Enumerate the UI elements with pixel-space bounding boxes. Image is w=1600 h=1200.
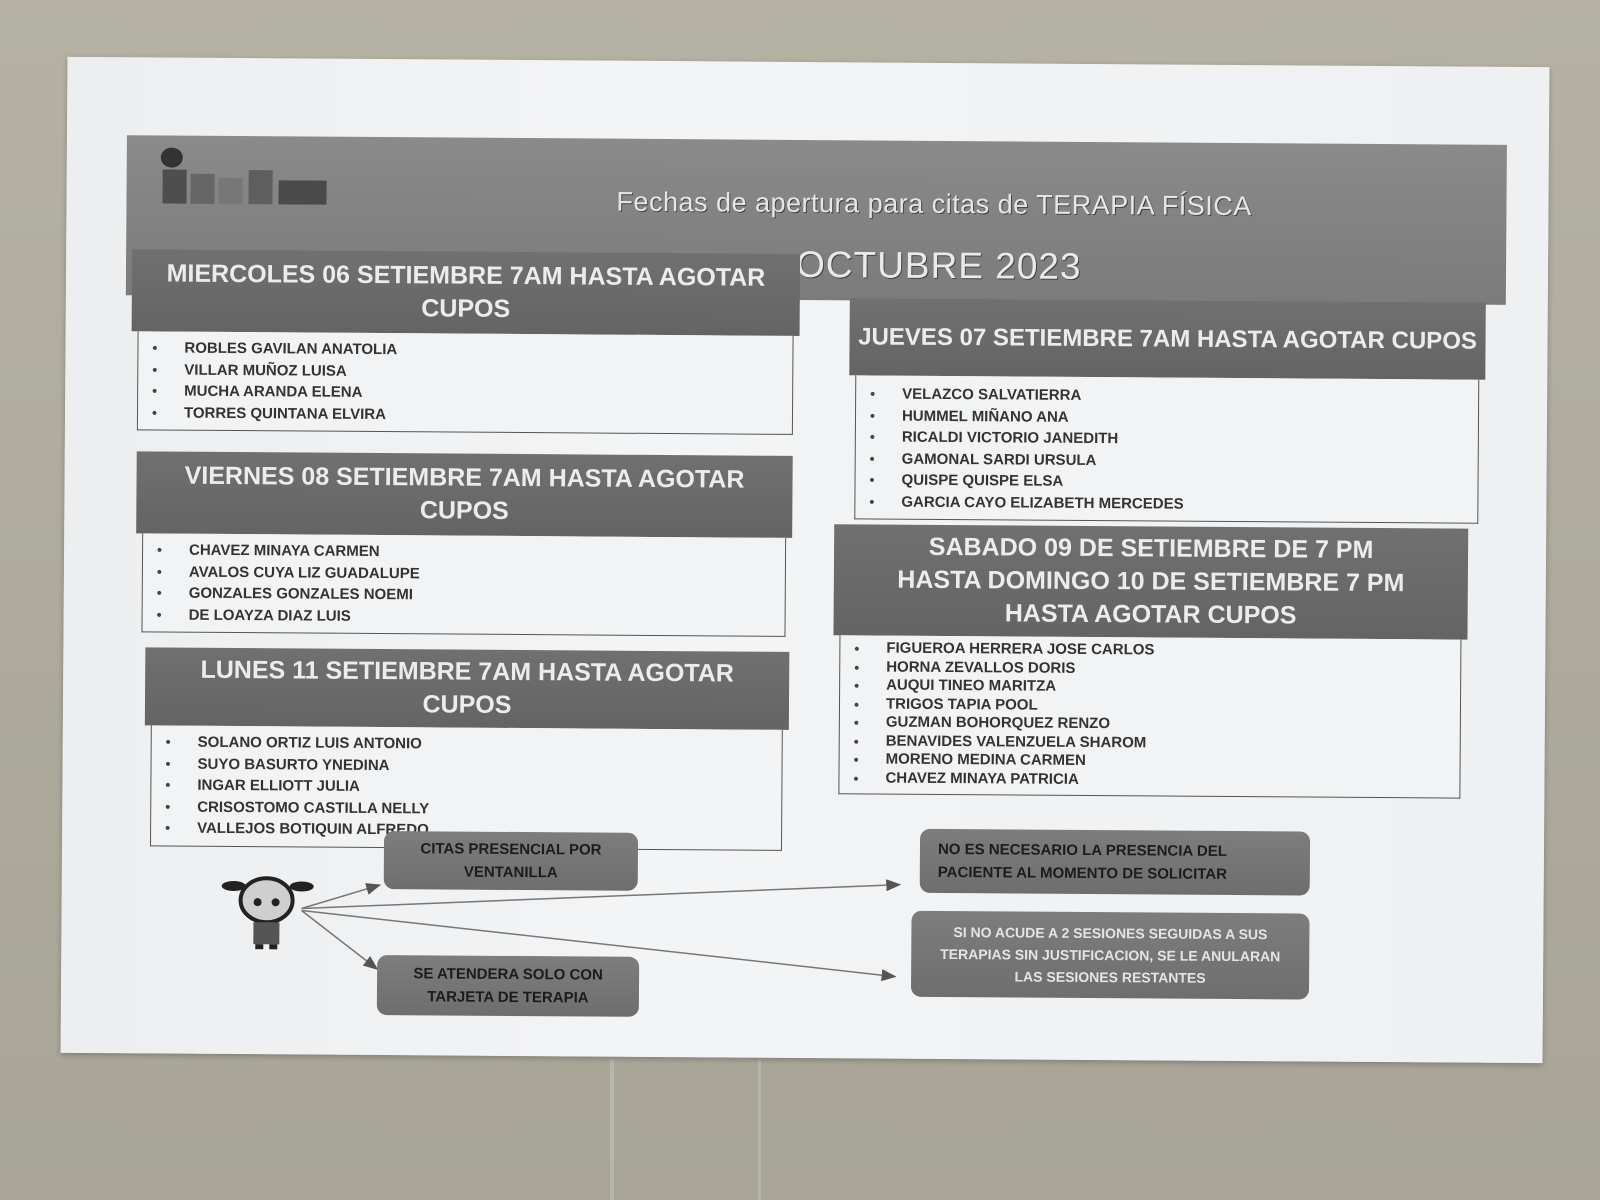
- patient-item: TORRES QUINTANA ELVIRA: [152, 402, 792, 428]
- patient-list: CHAVEZ MINAYA CARMEN AVALOS CUYA LIZ GUA…: [141, 533, 786, 636]
- tape-streak: [758, 1060, 761, 1200]
- section-heading: VIERNES 08 SETIEMBRE 7AM HASTA AGOTAR CU…: [136, 451, 793, 538]
- patient-item: DE LOAYZA DIAZ LUIS: [157, 604, 785, 630]
- institution-logo-icon: [156, 147, 326, 204]
- notice-month: OCTUBRE 2023: [796, 244, 1082, 288]
- section-heading: JUEVES 07 SETIEMBRE 7AM HASTA AGOTAR CUP…: [849, 298, 1486, 379]
- patient-list: VELAZCO SALVATIERRA HUMMEL MIÑANO ANA RI…: [854, 375, 1479, 523]
- patient-list: FIGUEROA HERRERA JOSE CARLOS HORNA ZEVAL…: [838, 635, 1461, 798]
- schedule-section-miercoles: MIERCOLES 06 SETIEMBRE 7AM HASTA AGOTAR …: [131, 249, 800, 435]
- tape-streak: [610, 1060, 614, 1200]
- schedule-section-viernes: VIERNES 08 SETIEMBRE 7AM HASTA AGOTAR CU…: [135, 451, 792, 637]
- printed-notice: Fechas de apertura para citas de TERAPIA…: [61, 57, 1550, 1063]
- section-heading: MIERCOLES 06 SETIEMBRE 7AM HASTA AGOTAR …: [132, 249, 801, 336]
- note-patient-presence: NO ES NECESARIO LA PRESENCIA DEL PACIENT…: [920, 829, 1310, 896]
- patient-list: ROBLES GAVILAN ANATOLIA VILLAR MUÑOZ LUI…: [137, 331, 794, 435]
- note-in-person: CITAS PRESENCIAL POR VENTANILLA: [384, 831, 638, 891]
- note-therapy-card: SE ATENDERA SOLO CON TARJETA DE TERAPIA: [377, 955, 639, 1017]
- girl-mascot-icon: [211, 870, 322, 951]
- patient-item: GARCIA CAYO ELIZABETH MERCEDES: [869, 491, 1477, 517]
- schedule-section-sabado-domingo: SABADO 09 DE SETIEMBRE DE 7 PM HASTA DOM…: [832, 524, 1468, 798]
- section-heading: SABADO 09 DE SETIEMBRE DE 7 PM HASTA DOM…: [833, 524, 1468, 639]
- patient-item: CHAVEZ MINAYA PATRICIA: [853, 769, 1459, 792]
- schedule-section-lunes: LUNES 11 SETIEMBRE 7AM HASTA AGOTAR CUPO…: [144, 647, 789, 850]
- note-absence-rule: SI NO ACUDE A 2 SESIONES SEGUIDAS A SUS …: [911, 911, 1310, 1000]
- schedule-section-jueves: JUEVES 07 SETIEMBRE 7AM HASTA AGOTAR CUP…: [848, 298, 1486, 523]
- notice-title: Fechas de apertura para citas de TERAPIA…: [616, 187, 1252, 222]
- section-heading: LUNES 11 SETIEMBRE 7AM HASTA AGOTAR CUPO…: [145, 647, 790, 729]
